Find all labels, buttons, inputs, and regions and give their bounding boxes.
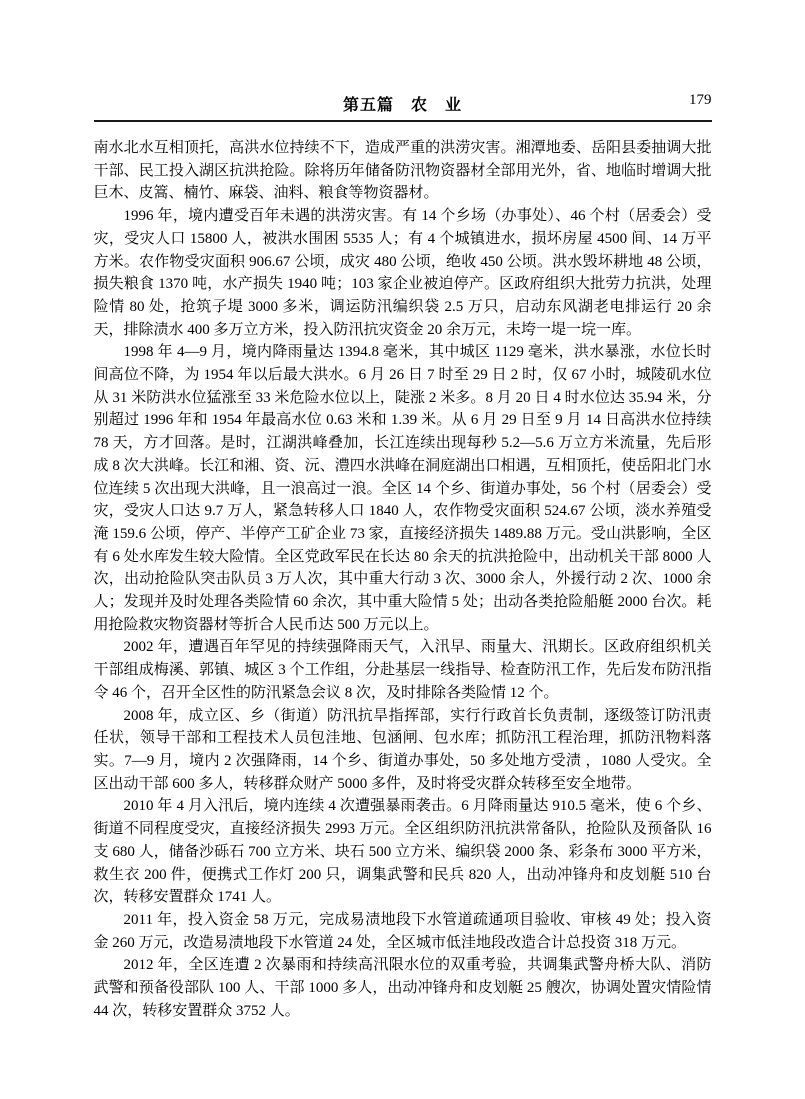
- paragraph: 1996 年，境内遭受百年未遇的洪涝灾害。有 14 个乡场（办事处）、46 个村…: [94, 205, 712, 341]
- document-page: 第五篇 农 业 179 南水北水互相顶托，高洪水位持续不下，造成严重的洪涝灾害。…: [0, 0, 805, 1099]
- paragraph: 2010 年 4 月入汛后，境内连续 4 次遭强暴雨袭击。6 月降雨量达 910…: [94, 795, 712, 909]
- paragraph: 1998 年 4—9 月，境内降雨量达 1394.8 毫米，其中城区 1129 …: [94, 341, 712, 636]
- page-number: 179: [689, 92, 712, 109]
- paragraph: 2002 年，遭遇百年罕见的持续强降雨天气，入汛早、雨量大、汛期长。区政府组织机…: [94, 636, 712, 704]
- paragraph: 2011 年，投入资金 58 万元，完成易渍地段下水管道疏通项目验收、审核 49…: [94, 909, 712, 954]
- paragraph: 南水北水互相顶托，高洪水位持续不下，造成严重的洪涝灾害。湘潭地委、岳阳县委抽调大…: [94, 137, 712, 205]
- paragraph: 2012 年，全区连遭 2 次暴雨和持续高汛限水位的双重考验，共调集武警舟桥大队…: [94, 954, 712, 1022]
- section-title: 第五篇 农 业: [94, 92, 712, 115]
- header-rule: [94, 120, 712, 122]
- paragraph: 2008 年，成立区、乡（街道）防汛抗旱指挥部，实行行政首长负责制，逐级签订防汛…: [94, 705, 712, 796]
- page-header: 第五篇 农 业 179: [94, 0, 712, 112]
- page-body: 南水北水互相顶托，高洪水位持续不下，造成严重的洪涝灾害。湘潭地委、岳阳县委抽调大…: [94, 137, 712, 1022]
